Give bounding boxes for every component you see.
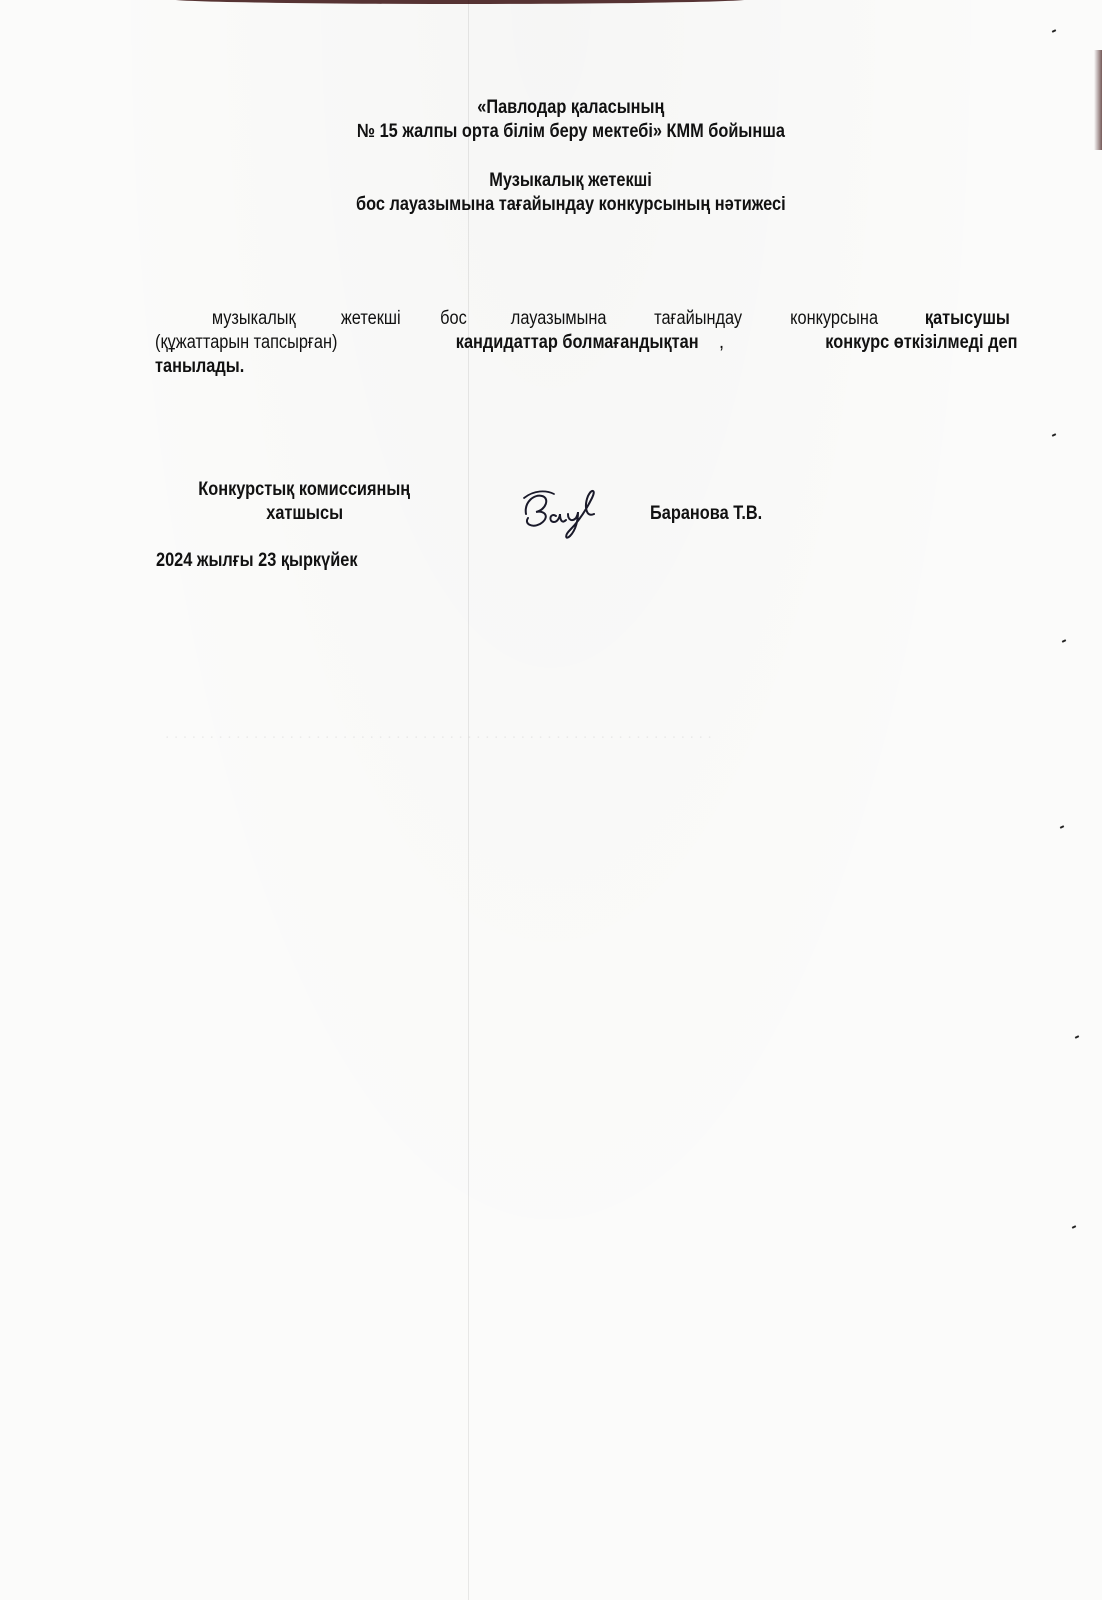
word: лауазымына [510, 307, 606, 331]
document-date: 2024 жылғы 23 қыркүйек [156, 549, 390, 573]
word-bold: қатысушы [925, 307, 1010, 331]
phrase-bold: кандидаттар болмағандықтан [456, 331, 699, 355]
word: жетекші [341, 307, 401, 331]
phrase: (құжаттарын тапсырған) [155, 331, 337, 355]
organization-line-1: «Павлодар қаласының [477, 96, 664, 120]
scan-speck [1072, 1225, 1076, 1229]
result-paragraph: музыкалық жетекші бос лауазымына тағайын… [155, 307, 1017, 379]
position-heading: Музыкалық жетекші бос лауазымына тағайын… [20, 169, 1102, 217]
paragraph-line-3: танылады. [155, 355, 1017, 379]
organization-heading: «Павлодар қаласының № 15 жалпы орта білі… [20, 96, 1102, 144]
position-line-2: бос лауазымына тағайындау конкурсының нә… [356, 193, 786, 217]
phrase-group: кандидаттар болмағандықтан, [436, 331, 724, 355]
document-date-text: 2024 жылғы 23 қыркүйек [156, 549, 358, 573]
signatory-title: Конкурстық комиссияның хатшысы [172, 478, 437, 526]
scan-speck [1060, 825, 1064, 829]
signatory-title-line-1: Конкурстық комиссияның [199, 478, 411, 502]
phrase-bold: конкурс өткізілмеді деп [825, 331, 1017, 355]
signatory-name-text: Баранова Т.В. [650, 502, 762, 526]
paper-fold-line [468, 0, 469, 1600]
comma: , [719, 331, 724, 355]
scanned-page: . . . . . . . . . . . . . . . . . . . . … [0, 0, 1102, 1600]
scan-speck [1052, 433, 1056, 437]
signatory-name: Баранова Т.В. [650, 502, 781, 526]
word: конкурсына [790, 307, 878, 331]
word: бос [441, 307, 468, 331]
bleed-through-text: . . . . . . . . . . . . . . . . . . . . … [165, 725, 712, 743]
paragraph-line-1: музыкалық жетекші бос лауазымына тағайын… [155, 307, 1017, 331]
signatory-title-line-2: хатшысы [266, 502, 343, 526]
scan-speck [1062, 639, 1066, 643]
scan-speck [1052, 29, 1056, 33]
scan-speck [1075, 1035, 1079, 1039]
position-line-1: Музыкалық жетекші [490, 169, 653, 193]
phrase-bold: танылады. [155, 355, 244, 379]
organization-line-2: № 15 жалпы орта білім беру мектебі» КММ … [357, 120, 785, 144]
scan-top-edge-shadow [170, 0, 750, 4]
paragraph-line-2: (құжаттарын тапсырған) кандидаттар болма… [155, 331, 1017, 355]
word: музыкалық [212, 307, 296, 331]
word: тағайындау [654, 307, 742, 331]
handwritten-signature-icon [520, 480, 610, 540]
